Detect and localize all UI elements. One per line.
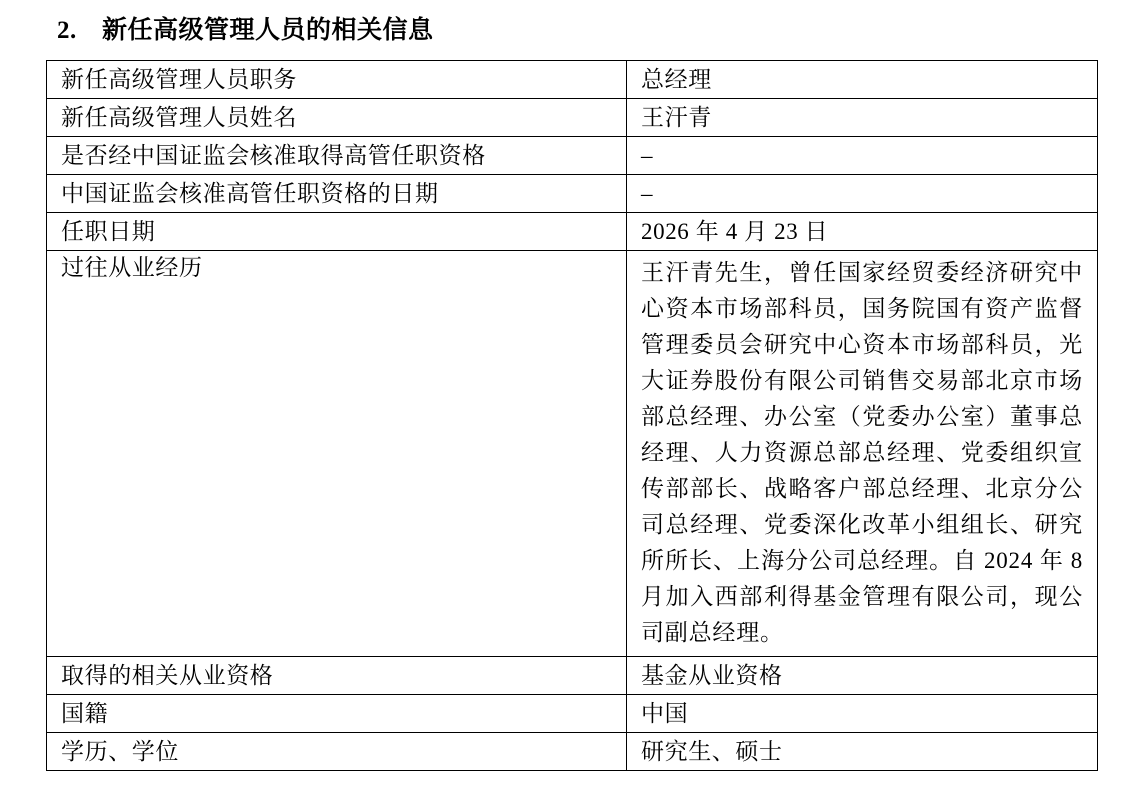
field-label: 过往从业经历 xyxy=(47,251,627,657)
field-value: 研究生、硕士 xyxy=(627,733,1098,771)
field-value: – xyxy=(627,175,1098,213)
field-value: 中国 xyxy=(627,695,1098,733)
table-row: 是否经中国证监会核准取得高管任职资格 – xyxy=(47,137,1098,175)
table-row: 中国证监会核准高管任职资格的日期 – xyxy=(47,175,1098,213)
section-heading: 2. 新任高级管理人员的相关信息 xyxy=(57,15,1136,46)
section-title: 新任高级管理人员的相关信息 xyxy=(102,15,434,46)
field-value: 总经理 xyxy=(627,61,1098,99)
field-label: 取得的相关从业资格 xyxy=(47,657,627,695)
field-label: 新任高级管理人员职务 xyxy=(47,61,627,99)
manager-info-table: 新任高级管理人员职务 总经理 新任高级管理人员姓名 王汗青 是否经中国证监会核准… xyxy=(46,60,1098,771)
field-label: 是否经中国证监会核准取得高管任职资格 xyxy=(47,137,627,175)
table-row: 国籍 中国 xyxy=(47,695,1098,733)
table-row: 任职日期 2026 年 4 月 23 日 xyxy=(47,213,1098,251)
field-label: 学历、学位 xyxy=(47,733,627,771)
section-number: 2. xyxy=(57,15,102,46)
field-label: 中国证监会核准高管任职资格的日期 xyxy=(47,175,627,213)
field-value: – xyxy=(627,137,1098,175)
field-value: 2026 年 4 月 23 日 xyxy=(627,213,1098,251)
field-value: 王汗青 xyxy=(627,99,1098,137)
field-value: 王汗青先生，曾任国家经贸委经济研究中心资本市场部科员，国务院国有资产监督管理委员… xyxy=(627,251,1098,657)
table-row: 学历、学位 研究生、硕士 xyxy=(47,733,1098,771)
table-row: 取得的相关从业资格 基金从业资格 xyxy=(47,657,1098,695)
field-label: 国籍 xyxy=(47,695,627,733)
field-label: 任职日期 xyxy=(47,213,627,251)
field-value: 基金从业资格 xyxy=(627,657,1098,695)
table-row: 新任高级管理人员姓名 王汗青 xyxy=(47,99,1098,137)
table-row: 过往从业经历 王汗青先生，曾任国家经贸委经济研究中心资本市场部科员，国务院国有资… xyxy=(47,251,1098,657)
career-history-text: 王汗青先生，曾任国家经贸委经济研究中心资本市场部科员，国务院国有资产监督管理委员… xyxy=(641,255,1083,651)
field-label: 新任高级管理人员姓名 xyxy=(47,99,627,137)
table-row: 新任高级管理人员职务 总经理 xyxy=(47,61,1098,99)
